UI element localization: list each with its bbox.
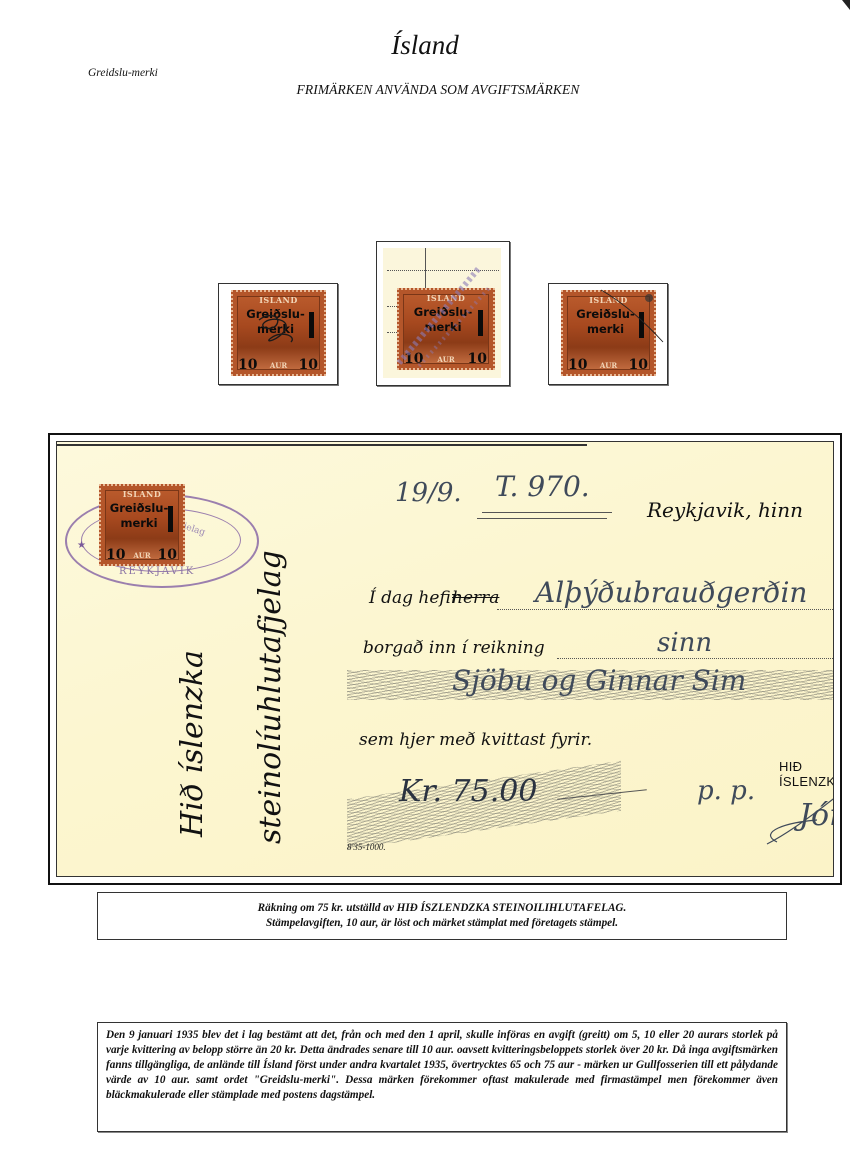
page-subtitle: FRIMÄRKEN ANVÄNDA SOM AVGIFTSMÄRKEN (0, 82, 850, 98)
line1-struck: herra (452, 588, 499, 608)
stamp-value-left: 10 (238, 358, 257, 372)
handstamp-text: REYKJAVIK (119, 566, 195, 577)
receipt-top-rule (57, 444, 587, 446)
history-note: Den 9 januari 1935 blev det i lag bestäm… (97, 1022, 787, 1132)
pen-cancel-mark (251, 310, 306, 348)
stamp-overprint-line2: merki (101, 518, 177, 530)
hand-number: T. 970. (495, 470, 590, 503)
line1-dotline (497, 609, 834, 610)
stamp-mount-3: ISLAND Greiðslu- merki AUR 10 10 (548, 283, 668, 385)
document-piece: ISLAND Greiðslu- merki AUR 10 10 (383, 248, 501, 378)
stamp-country: ISLAND (233, 295, 324, 305)
corner-mark (842, 0, 850, 10)
line2-dotline (557, 658, 834, 659)
note-text: Den 9 januari 1935 blev det i lag bestäm… (106, 1028, 778, 1103)
print-code: 8'35-1000. (347, 842, 386, 852)
violet-handstamp (389, 258, 499, 368)
letterhead-line2: steinolíuhlutafjelag (253, 550, 288, 844)
caption-line2: Stämpelavgiften, 10 aur, är löst och mär… (98, 916, 786, 931)
hand-date: 19/9. (395, 478, 462, 508)
star-icon: ★ (77, 540, 86, 551)
caption-line1: Räkning om 75 kr. utställd av HIÐ ÍSZLEN… (98, 901, 786, 916)
stamp-mount-1: ISLAND Greiðslu- merki AUR 10 10 (218, 283, 338, 385)
receipt-document: REYKJAVIK Fielag ★ ISLAND Greiðslu- merk… (48, 433, 842, 885)
stamp-value-left: 10 (106, 548, 125, 562)
receipt-caption: Räkning om 75 kr. utställd av HIÐ ÍSZLEN… (97, 892, 787, 940)
number-underline (477, 518, 607, 519)
line1-hand: Alþýðubrauðgerðin (535, 576, 807, 609)
receipt-paper: REYKJAVIK Fielag ★ ISLAND Greiðslu- merk… (56, 441, 834, 877)
signature-flourish (747, 772, 834, 852)
stamp-overprint-line1: Greiðslu- (101, 503, 177, 515)
stamp-mount-2: ISLAND Greiðslu- merki AUR 10 10 (376, 241, 510, 386)
overprint-bar (168, 506, 173, 532)
line2-label: borgað inn í reikning (363, 638, 545, 658)
stamp-value-right: 10 (158, 548, 177, 562)
stamp-value-right: 10 (299, 358, 318, 372)
receipt-stamp: ISLAND Greiðslu- merki AUR 10 10 (99, 484, 185, 566)
number-underline (482, 512, 612, 513)
pen-line-cancel (599, 286, 665, 346)
amount-hand: Kr. 75.00 (399, 774, 537, 809)
place-label: Reykjavik, hinn (647, 498, 803, 522)
line4-label: sem hjer með kvittast fyrir. (359, 730, 592, 750)
line2-hand: sinn (657, 628, 712, 658)
category-label: Greidslu-merki (88, 67, 158, 79)
line1-label: Í dag hefir (369, 588, 459, 608)
stamp-value-right: 10 (629, 358, 648, 372)
line3-hand: Sjöbu og Ginnar Sim (452, 664, 746, 697)
stamp-1: ISLAND Greiðslu- merki AUR 10 10 (231, 290, 326, 376)
overprint-bar (309, 312, 314, 338)
stamp-country: ISLAND (101, 489, 183, 499)
letterhead-line1: Hið íslenzka (175, 650, 210, 837)
page-title: Ísland (0, 30, 850, 61)
stamp-value-left: 10 (568, 358, 587, 372)
